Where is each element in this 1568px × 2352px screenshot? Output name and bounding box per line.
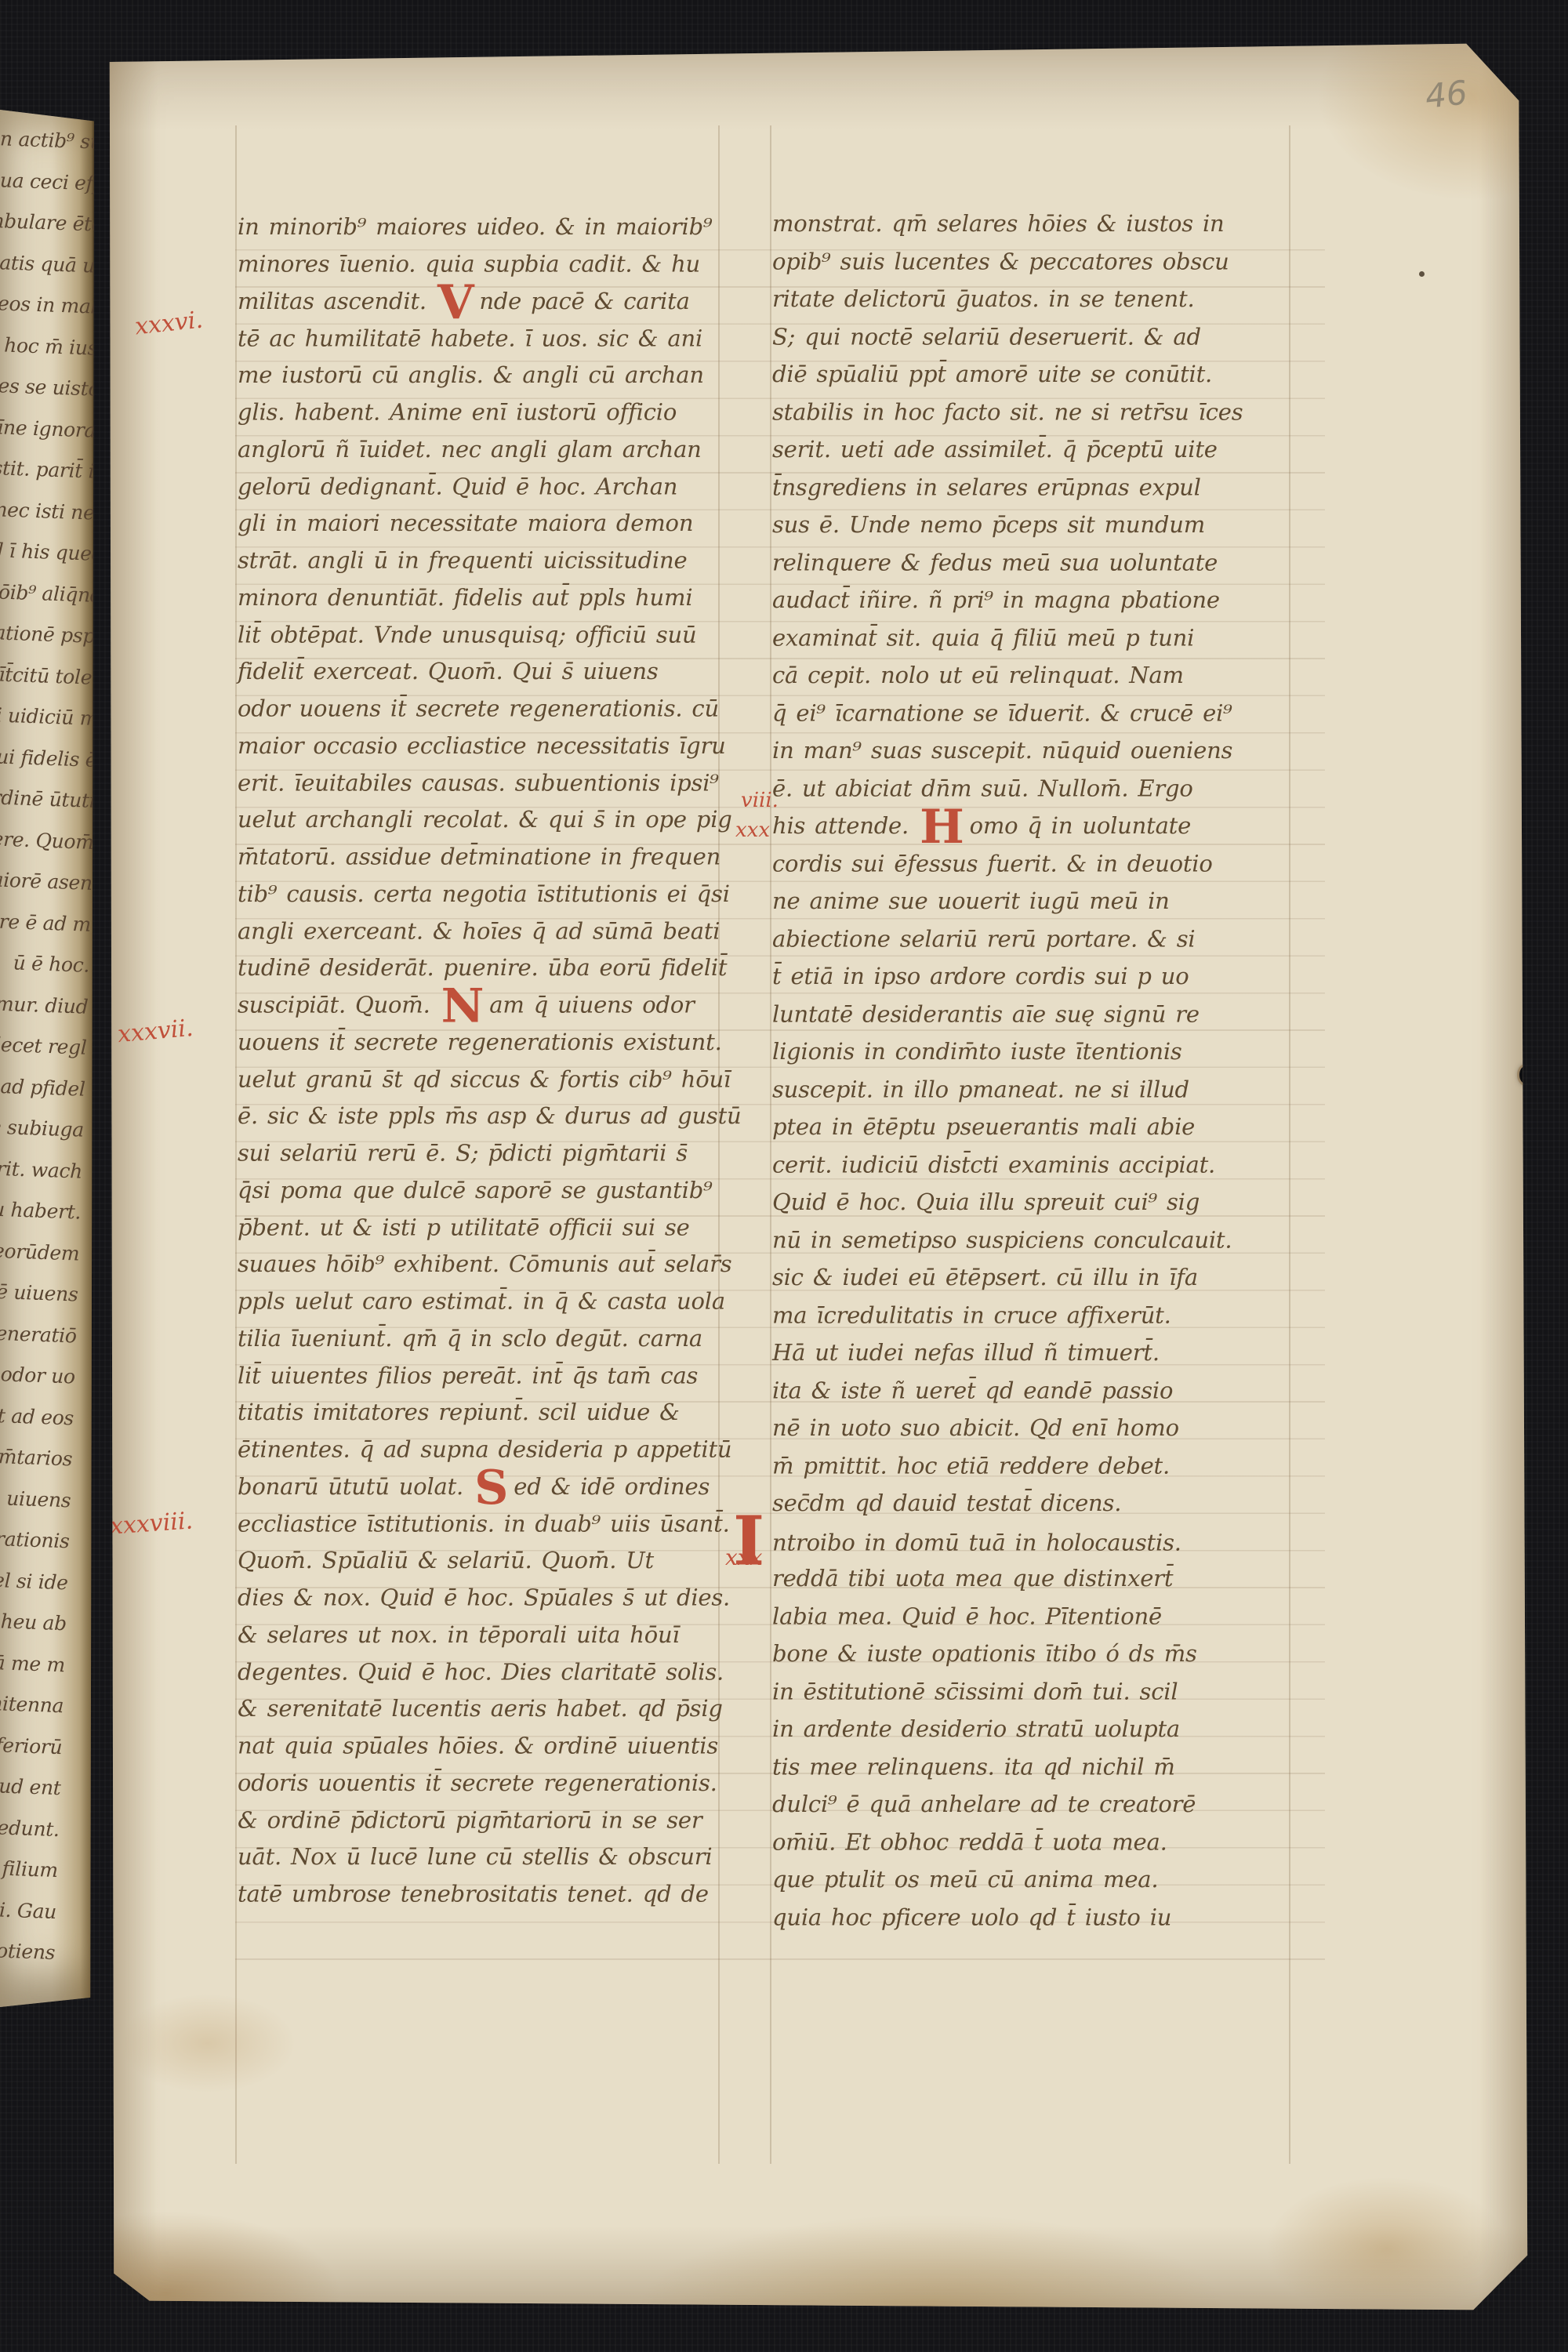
manuscript-line: minores īuenio. quia supbia cadit. & hu	[238, 251, 720, 288]
manuscript-line: t̄nsgrediens in selares erūpnas expul	[772, 474, 1290, 512]
manuscript-line: tē ac humilitatē habete. ī uos. sic & an…	[238, 325, 720, 361]
manuscript-line: sec̄dm qd dauid testat̄ dicens.	[772, 1490, 1290, 1527]
manuscript-line: p̄bent. ut & isti p utilitatē officii su…	[238, 1214, 720, 1250]
page-edge-fragment: sup īferiorū	[0, 1732, 63, 1759]
column-rule-col2-left	[770, 125, 771, 2164]
manuscript-line: & selares ut nox. in tēporali uita hōuī	[238, 1621, 720, 1658]
page-edge-fragment: tale filium	[0, 1856, 58, 1882]
parchment-hole	[1519, 1066, 1531, 1083]
manuscript-line: diē spūaliū ppt̄ amorē uite se conūtit.	[772, 361, 1290, 398]
page-edge-fragment: eē se subiuga	[0, 1114, 84, 1142]
manuscript-line: minora denuntiāt. fidelis aut̄ ppls humi	[238, 584, 720, 621]
page-edge-fragment: rdinē ūtuti	[0, 786, 96, 812]
manuscript-line: monstrat. qm̄ selares hōies & iustos in	[772, 210, 1290, 248]
manuscript-line: ligionis in condim̄to iuste ītentionis	[772, 1038, 1290, 1076]
page-edge-fragment: i eos in malis	[0, 292, 113, 319]
page-edge-fragment: hōib⁹ aliq̄nd	[0, 580, 103, 607]
manuscript-line: bonarū ūtutū uolat. Sed & idē ordines	[238, 1473, 720, 1510]
page-edge-fragment: regeneratiō	[0, 1320, 77, 1347]
line-text: am q̄ uiuens odor	[489, 992, 695, 1018]
page-edge-fragment: ī in actib⁹ suis	[0, 126, 118, 154]
manuscript-line: glis. habent. Anime enī iustorū officio	[238, 399, 720, 436]
manuscript-line: tilia īueniunt̄. qm̄ q̄ in sclo degūt. c…	[238, 1325, 720, 1362]
page-edge-fragment: ustit. parit̄ in	[0, 456, 107, 484]
manuscript-line: ptea in ētēptu pseuerantis mali abie	[772, 1113, 1290, 1151]
manuscript-line: nē in uoto suo abicit. Qd enī homo	[772, 1414, 1290, 1452]
manuscript-line: degentes. Quid ē hoc. Dies claritatē sol…	[238, 1658, 720, 1695]
line-text: bonarū ūtutū uolat.	[238, 1473, 473, 1500]
manuscript-line: nat quia spūales hōies. & ordinē uiuenti…	[238, 1733, 720, 1769]
manuscript-line: q̄si poma que dulcē saporē se gustantib⁹	[238, 1177, 720, 1214]
manuscript-line: uouens it̄ secrete regenerationis existu…	[238, 1029, 720, 1065]
manuscript-line: tatē umbrose tenebrositatis tenet. qd de	[238, 1881, 720, 1918]
manuscript-line: cordis sui ēfessus fuerit. & in deuotio	[772, 851, 1290, 888]
manuscript-line: sic & iudei eū ētēpsert. cū illu in īfa	[772, 1264, 1290, 1301]
manuscript-line: om̄iū. Et obhoc reddā t̄ uota mea.	[772, 1829, 1290, 1867]
page-edge-fragment: nerationis	[0, 1526, 70, 1552]
manuscript-line: in ardente desiderio stratū uolupta	[772, 1715, 1290, 1753]
manuscript-line: Hā ut iudei nefas illud ñ timuert̄.	[772, 1339, 1290, 1377]
page-edge-fragment: & corā me m	[0, 1650, 66, 1677]
page-edge-fragment: e sua ceci effic	[0, 168, 117, 195]
manuscript-line: ita & iste ñ ueret̄ qd eandē passio	[772, 1377, 1290, 1415]
page-edge-fragment: qui fidelis ē	[0, 745, 97, 771]
manuscript-line: sui selariū rerū ē. S; p̄dicti pigm̄tari…	[238, 1140, 720, 1177]
photograph-of-manuscript: ī in actib⁹ suise sua ceci efficmbulare …	[0, 0, 1568, 2352]
manuscript-line: labia mea. Quid ē hoc. Pītentionē	[772, 1603, 1290, 1641]
page-edge-fragment: ñ icedunt.	[0, 1815, 60, 1841]
page-edge-fragment: erationē pspi	[0, 620, 101, 648]
page-edge-fragment: ū ē hoc.	[13, 951, 89, 976]
page-edge-fragment: ua eorūdem	[0, 1238, 80, 1265]
manuscript-line: angli exerceant. & hoīes q̄ ad sūmā beat…	[238, 917, 720, 954]
page-edge-fragment: s. decet ad eos	[0, 1402, 74, 1429]
manuscript-line: ne anime sue uouerit iugū meū in	[772, 887, 1290, 925]
line-text: ntroibo in domū tuā in holocaustis.	[772, 1530, 1181, 1556]
manuscript-line: suaues hōib⁹ exhibent. Cōmunis aut̄ sela…	[238, 1250, 720, 1287]
manuscript-line: odoris uouentis it̄ secrete regeneration…	[238, 1769, 720, 1806]
manuscript-line: & serenitatē lucentis aeris habet. qd p̄…	[238, 1695, 720, 1732]
rubric-margin-note: xxxviii.	[109, 1507, 194, 1540]
manuscript-line: que ptulit os meū cū anima mea.	[772, 1866, 1290, 1904]
line-text: omo q̄ in uoluntate	[970, 812, 1192, 839]
page-edge-fragment: eis ad pfidel	[0, 1073, 85, 1100]
manuscript-line: titatis imitatores repiunt̄. scil uidue …	[238, 1399, 720, 1436]
rubric-margin-note: xxxvi.	[133, 307, 204, 341]
manuscript-line: quia hoc pficere uolo qd t̄ iusto iu	[772, 1904, 1290, 1942]
page-edge-fragment: icerit. wach	[0, 1156, 83, 1183]
column-1: in minorib⁹ maiores uideo. & in maiorib⁹…	[238, 213, 720, 1918]
facing-page-text-fragments: ī in actib⁹ suise sua ceci efficmbulare …	[0, 109, 127, 2009]
manuscript-line: ē. ut abiciat dn̄m suū. Nullom̄. Ergo	[772, 775, 1290, 813]
manuscript-line: dulci⁹ ē quā anhelare ad te creatorē	[772, 1791, 1290, 1828]
page-edge-fragment: ū sē uiuens	[0, 1279, 78, 1306]
manuscript-line: sus ē. Unde nemo p̄ceps sit mundum	[772, 511, 1290, 549]
manuscript-line: cerit. iudiciū dist̄cti examinis accipia…	[772, 1152, 1290, 1189]
manuscript-line: stabilis in hoc facto sit. ne si retr̄su…	[772, 399, 1290, 437]
manuscript-line: his attende. Homo q̄ in uoluntate	[772, 812, 1290, 850]
manuscript-line: S; qui noctē selariū deseruerit. & ad	[772, 324, 1290, 361]
page-edge-fragment: usti uidiciū m	[0, 702, 99, 730]
manuscript-line: t̄ etiā in ipso ardore cordis sui p uo	[772, 963, 1290, 1000]
manuscript-line: suscepit. in illo pmaneat. ne si illud	[772, 1076, 1290, 1114]
manuscript-line: in ēstitutionē sc̄issimi dom̄ tui. scil	[772, 1679, 1290, 1716]
manuscript-line: serit. ueti ade assimilet̄. q̄ p̄ceptū u…	[772, 436, 1290, 474]
page-edge-fragment: derisu habert.	[0, 1196, 82, 1224]
manuscript-line: eccliastice īstitutionis. in duab⁹ uiis …	[238, 1510, 720, 1547]
rubric-margin-note: xxxvii.	[117, 1014, 194, 1048]
manuscript-line: dies & nox. Quid ē hoc. Spūales s̄ ut di…	[238, 1584, 720, 1621]
parchment-speck	[1419, 271, 1425, 277]
manuscript-line: Quom̄. Spūaliū & selariū. Quom̄. Ut	[238, 1547, 720, 1584]
manuscript-line: ppls uelut caro estimat̄. in q̄ & casta …	[238, 1288, 720, 1325]
manuscript-line: bone & iuste opationis ītibo ó ds m̄s	[772, 1640, 1290, 1678]
column-rule-left	[235, 125, 237, 2164]
column-2: monstrat. qm̄ selares hōies & iustos ino…	[772, 210, 1290, 1941]
page-edge-fragment: maiore ē ad m	[0, 909, 91, 936]
manuscript-line: lit̄ obtēpat. Vnde unusquisq; officiū su…	[238, 621, 720, 658]
manuscript-line: in minorib⁹ maiores uideo. & in maiorib⁹	[238, 213, 720, 250]
page-edge-fragment: dere. Quom̄	[0, 827, 94, 854]
line-text: militas ascendit.	[238, 288, 436, 314]
manuscript-line: examinat̄ sit. quia q̄ filiū meū p tuni	[772, 625, 1290, 662]
manuscript-line: nū in semetipso suspiciens conculcauit.	[772, 1227, 1290, 1265]
manuscript-line: relinquere & fedus meū sua uoluntate	[772, 550, 1290, 587]
line-text: ed & idē ordines	[514, 1473, 710, 1500]
facing-page-edge: ī in actib⁹ suise sua ceci efficmbulare …	[0, 110, 94, 2007]
manuscript-line: reddā tibi uota mea que distinxert̄	[772, 1565, 1290, 1602]
manuscript-line: ē. sic & iste ppls m̄s asp & durus ad gu…	[238, 1102, 720, 1139]
line-text: his attende.	[772, 812, 918, 839]
page-edge-fragment: octīne ignoran	[0, 415, 108, 442]
page-edge-fragment: ib⁹ īt̄citū tolet	[0, 662, 100, 689]
page-edge-fragment: q̄ sē uiuens	[0, 1486, 71, 1512]
manuscript-line: tis mee relinquens. ita qd nichil m̄	[772, 1754, 1290, 1791]
page-edge-fragment: n nec isti nec	[0, 497, 106, 524]
manuscript-line: luntatē desiderantis aīe suę signū re	[772, 1001, 1290, 1039]
page-edge-fragment: uel si ide	[0, 1568, 68, 1594]
manuscript-line: gli in maiori necessitate maiora demon	[238, 510, 720, 546]
page-edge-fragment: multotiens	[0, 1937, 56, 1964]
manuscript-line: fidelit̄ exerceat. Quom̄. Qui s̄ uiuens	[238, 658, 720, 695]
manuscript-line: strāt. angli ū in frequenti uicissitudin…	[238, 547, 720, 584]
manuscript-line: militas ascendit. Vnde pacē & carita	[238, 288, 720, 325]
manuscript-line: gelorū dedignant̄. Quid ē hoc. Archan	[238, 473, 720, 510]
manuscript-line: in man⁹ suas suscepit. nūquid oueniens	[772, 737, 1290, 775]
manuscript-line: audact̄ iñire. ñ pri⁹ in magna pbatione	[772, 586, 1290, 624]
manuscript-line: ritate delictorū ḡuatos. in se tenent.	[772, 285, 1290, 323]
line-text: nde pacē & carita	[479, 288, 689, 314]
manuscript-line: uelut archangli recolat. & qui s̄ in ope…	[238, 806, 720, 843]
manuscript-line: erit. īeuitabiles causas. subuentionis i…	[238, 769, 720, 806]
manuscript-line: & ordinē p̄dictorū pigm̄tariorū in se se…	[238, 1806, 720, 1843]
manuscript-line: me iustorū cū anglis. & angli cū archan	[238, 361, 720, 398]
manuscript-line: anglorū ñ īuidet. nec angli glam archan	[238, 436, 720, 473]
manuscript-line: uelut granū s̄t qd siccus & fortis cib⁹ …	[238, 1065, 720, 1102]
line-text: suscipiāt. Quom̄.	[238, 992, 440, 1018]
manuscript-line: Introibo in domū tuā in holocaustis.	[772, 1528, 1290, 1566]
manuscript-line: q̄ ei⁹ īcarnatione se īduerit. & crucē e…	[772, 700, 1290, 738]
page-edge-fragment: d decet regl	[0, 1033, 87, 1059]
page-edge-fragment: d maiorē asen	[0, 867, 93, 895]
manuscript-line: cā cepit. nolo ut eū relinquat. Nam	[772, 662, 1290, 699]
manuscript-line: uāt. Nox ū lucē lune cū stellis & obscur…	[238, 1843, 720, 1880]
manuscript-line: maior occasio eccliastice necessitatis ī…	[238, 732, 720, 769]
manuscript-line: odor uouens it̄ secrete regenerationis. …	[238, 695, 720, 732]
page-edge-fragment: ens odor uo	[0, 1361, 75, 1388]
manuscript-page: 46 xxxvi.xxxvii.xxxviii.viii.xxxxxx in m…	[108, 39, 1529, 2317]
manuscript-line: opib⁹ suis lucentes & peccatores obscu	[772, 249, 1290, 286]
page-edge-fragment: icatis quā uet	[0, 251, 114, 278]
manuscript-line: lit̄ uiuentes filios pereāt. int̄ q̄s ta…	[238, 1362, 720, 1399]
manuscript-line: ma īcredulitatis in cruce affixerūt.	[772, 1302, 1290, 1340]
page-edge-fragment: ed ī his qued	[0, 539, 104, 566]
page-edge-fragment: na penitenna	[0, 1690, 64, 1718]
manuscript-line: tib⁹ causis. certa negotia īstitutionis …	[238, 880, 720, 917]
manuscript-line: Quid ē hoc. Quia illu spreuit cui⁹ sig	[772, 1189, 1290, 1226]
page-edge-fragment: eu heu heu ab	[0, 1607, 67, 1635]
page-edge-fragment: uemur. diud	[0, 992, 89, 1018]
manuscript-line: abiectione selariū rerū portare. & si	[772, 926, 1290, 964]
page-edge-fragment: s pigm̄tarios	[0, 1443, 73, 1470]
page-edge-fragment: antes se uistos	[0, 373, 110, 401]
page-edge-fragment: Sic ē illud ent	[0, 1772, 61, 1799]
manuscript-line: m̄tatorū. assidue det̄minatione in frequ…	[238, 844, 720, 880]
page-edge-fragment: mbulare ētēp	[0, 209, 116, 237]
manuscript-line: m̄ pmittit. hoc etiā reddere debet.	[772, 1453, 1290, 1490]
page-edge-fragment: nulli. Gau	[0, 1897, 57, 1923]
page-edge-fragment: qui hoc m̄ iusti	[0, 332, 111, 360]
rubric-margin-note: xxx	[735, 818, 770, 842]
folio-number: 46	[1424, 73, 1469, 115]
manuscript-line: suscipiāt. Quom̄. Nam q̄ uiuens odor	[238, 992, 720, 1029]
